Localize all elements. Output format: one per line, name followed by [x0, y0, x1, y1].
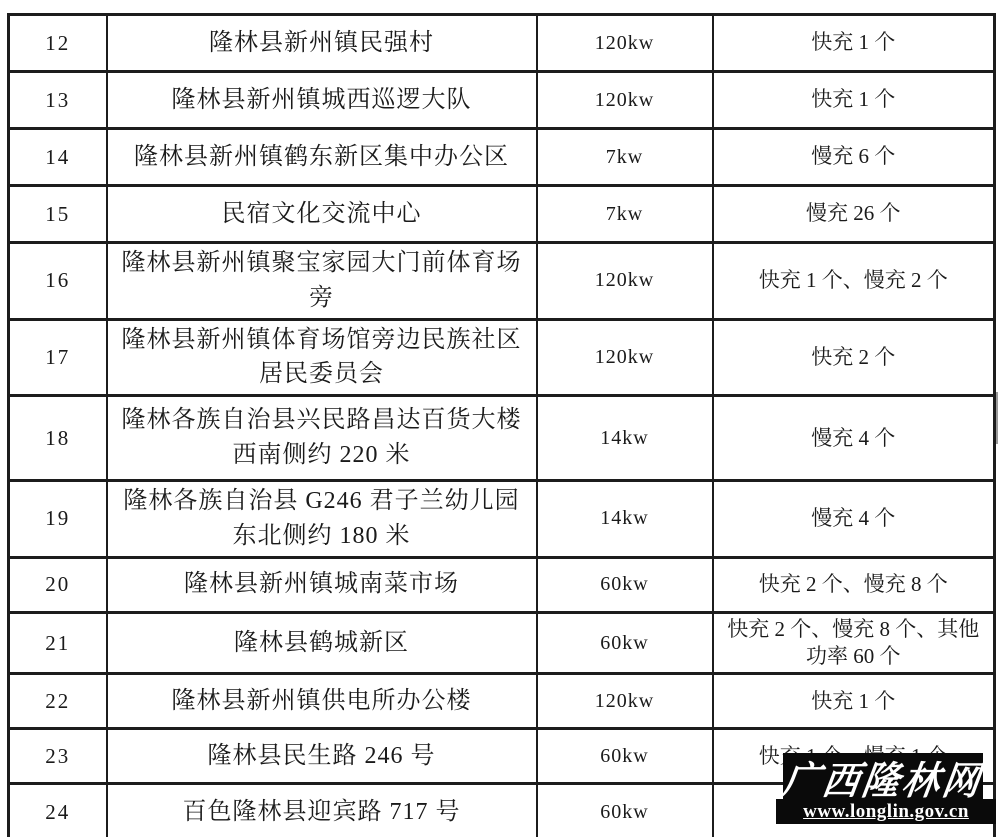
row-number-cell: 20 [9, 557, 107, 612]
site-watermark-url: www.longlin.gov.cn [776, 799, 996, 824]
row-number-cell: 23 [9, 729, 107, 784]
location-cell: 隆林县新州镇民强村 [107, 15, 537, 72]
location-cell: 民宿文化交流中心 [107, 186, 537, 243]
power-cell: 7kw [537, 186, 713, 243]
location-cell: 隆林县新州镇聚宝家园大门前体育场旁 [107, 243, 537, 320]
site-watermark-logo: 广西隆林网 [783, 753, 983, 800]
row-number-cell: 17 [9, 319, 107, 396]
table-row: 19 隆林各族自治县 G246 君子兰幼儿园东北侧约 180 米 14kw 慢充… [9, 481, 995, 558]
row-number-cell: 18 [9, 396, 107, 481]
power-cell: 120kw [537, 72, 713, 129]
chargers-cell: 慢充 26 个 [713, 186, 995, 243]
location-cell: 隆林县新州镇供电所办公楼 [107, 674, 537, 729]
chargers-cell: 慢充 4 个 [713, 396, 995, 481]
chargers-cell: 快充 1 个 [713, 15, 995, 72]
power-cell: 120kw [537, 243, 713, 320]
chargers-cell: 快充 1 个、慢充 2 个 [713, 243, 995, 320]
power-cell: 60kw [537, 557, 713, 612]
power-cell: 120kw [537, 674, 713, 729]
table-row: 12 隆林县新州镇民强村 120kw 快充 1 个 [9, 15, 995, 72]
table-row: 15 民宿文化交流中心 7kw 慢充 26 个 [9, 186, 995, 243]
table-row: 20 隆林县新州镇城南菜市场 60kw 快充 2 个、慢充 8 个 [9, 557, 995, 612]
location-cell: 隆林各族自治县 G246 君子兰幼儿园东北侧约 180 米 [107, 481, 537, 558]
site-watermark-name: 广西隆林网 [779, 748, 987, 805]
row-number-cell: 16 [9, 243, 107, 320]
power-cell: 14kw [537, 481, 713, 558]
chargers-cell: 慢充 6 个 [713, 129, 995, 186]
power-cell: 7kw [537, 129, 713, 186]
power-cell: 120kw [537, 15, 713, 72]
scanned-document-page: 12 隆林县新州镇民强村 120kw 快充 1 个 13 隆林县新州镇城西巡逻大… [0, 0, 1000, 837]
chargers-cell: 快充 1 个 [713, 72, 995, 129]
table-row: 21 隆林县鹤城新区 60kw 快充 2 个、慢充 8 个、其他功率 60 个 [9, 612, 995, 674]
chargers-cell: 慢充 4 个 [713, 481, 995, 558]
power-cell: 60kw [537, 784, 713, 837]
row-number-cell: 15 [9, 186, 107, 243]
power-cell: 120kw [537, 319, 713, 396]
row-number-cell: 21 [9, 612, 107, 674]
location-cell: 隆林各族自治县兴民路昌达百货大楼西南侧约 220 米 [107, 396, 537, 481]
location-cell: 隆林县新州镇城南菜市场 [107, 557, 537, 612]
table-row: 13 隆林县新州镇城西巡逻大队 120kw 快充 1 个 [9, 72, 995, 129]
chargers-cell: 快充 2 个、慢充 8 个、其他功率 60 个 [713, 612, 995, 674]
chargers-cell: 快充 1 个 [713, 674, 995, 729]
scan-artifact-line [996, 392, 998, 444]
power-cell: 60kw [537, 612, 713, 674]
row-number-cell: 24 [9, 784, 107, 837]
power-cell: 60kw [537, 729, 713, 784]
row-number-cell: 12 [9, 15, 107, 72]
location-cell: 隆林县新州镇城西巡逻大队 [107, 72, 537, 129]
location-cell: 隆林县新州镇鹤东新区集中办公区 [107, 129, 537, 186]
site-watermark-url-text: www.longlin.gov.cn [803, 801, 969, 823]
location-cell: 隆林县民生路 246 号 [107, 729, 537, 784]
row-number-cell: 13 [9, 72, 107, 129]
table-row: 17 隆林县新州镇体育场馆旁边民族社区居民委员会 120kw 快充 2 个 [9, 319, 995, 396]
location-cell: 隆林县新州镇体育场馆旁边民族社区居民委员会 [107, 319, 537, 396]
table-row: 18 隆林各族自治县兴民路昌达百货大楼西南侧约 220 米 14kw 慢充 4 … [9, 396, 995, 481]
power-cell: 14kw [537, 396, 713, 481]
table-row: 16 隆林县新州镇聚宝家园大门前体育场旁 120kw 快充 1 个、慢充 2 个 [9, 243, 995, 320]
chargers-cell: 快充 2 个、慢充 8 个 [713, 557, 995, 612]
charging-station-table: 12 隆林县新州镇民强村 120kw 快充 1 个 13 隆林县新州镇城西巡逻大… [7, 13, 996, 837]
location-cell: 百色隆林县迎宾路 717 号 [107, 784, 537, 837]
chargers-cell: 快充 2 个 [713, 319, 995, 396]
row-number-cell: 14 [9, 129, 107, 186]
row-number-cell: 19 [9, 481, 107, 558]
location-cell: 隆林县鹤城新区 [107, 612, 537, 674]
table-row: 14 隆林县新州镇鹤东新区集中办公区 7kw 慢充 6 个 [9, 129, 995, 186]
row-number-cell: 22 [9, 674, 107, 729]
table-row: 22 隆林县新州镇供电所办公楼 120kw 快充 1 个 [9, 674, 995, 729]
